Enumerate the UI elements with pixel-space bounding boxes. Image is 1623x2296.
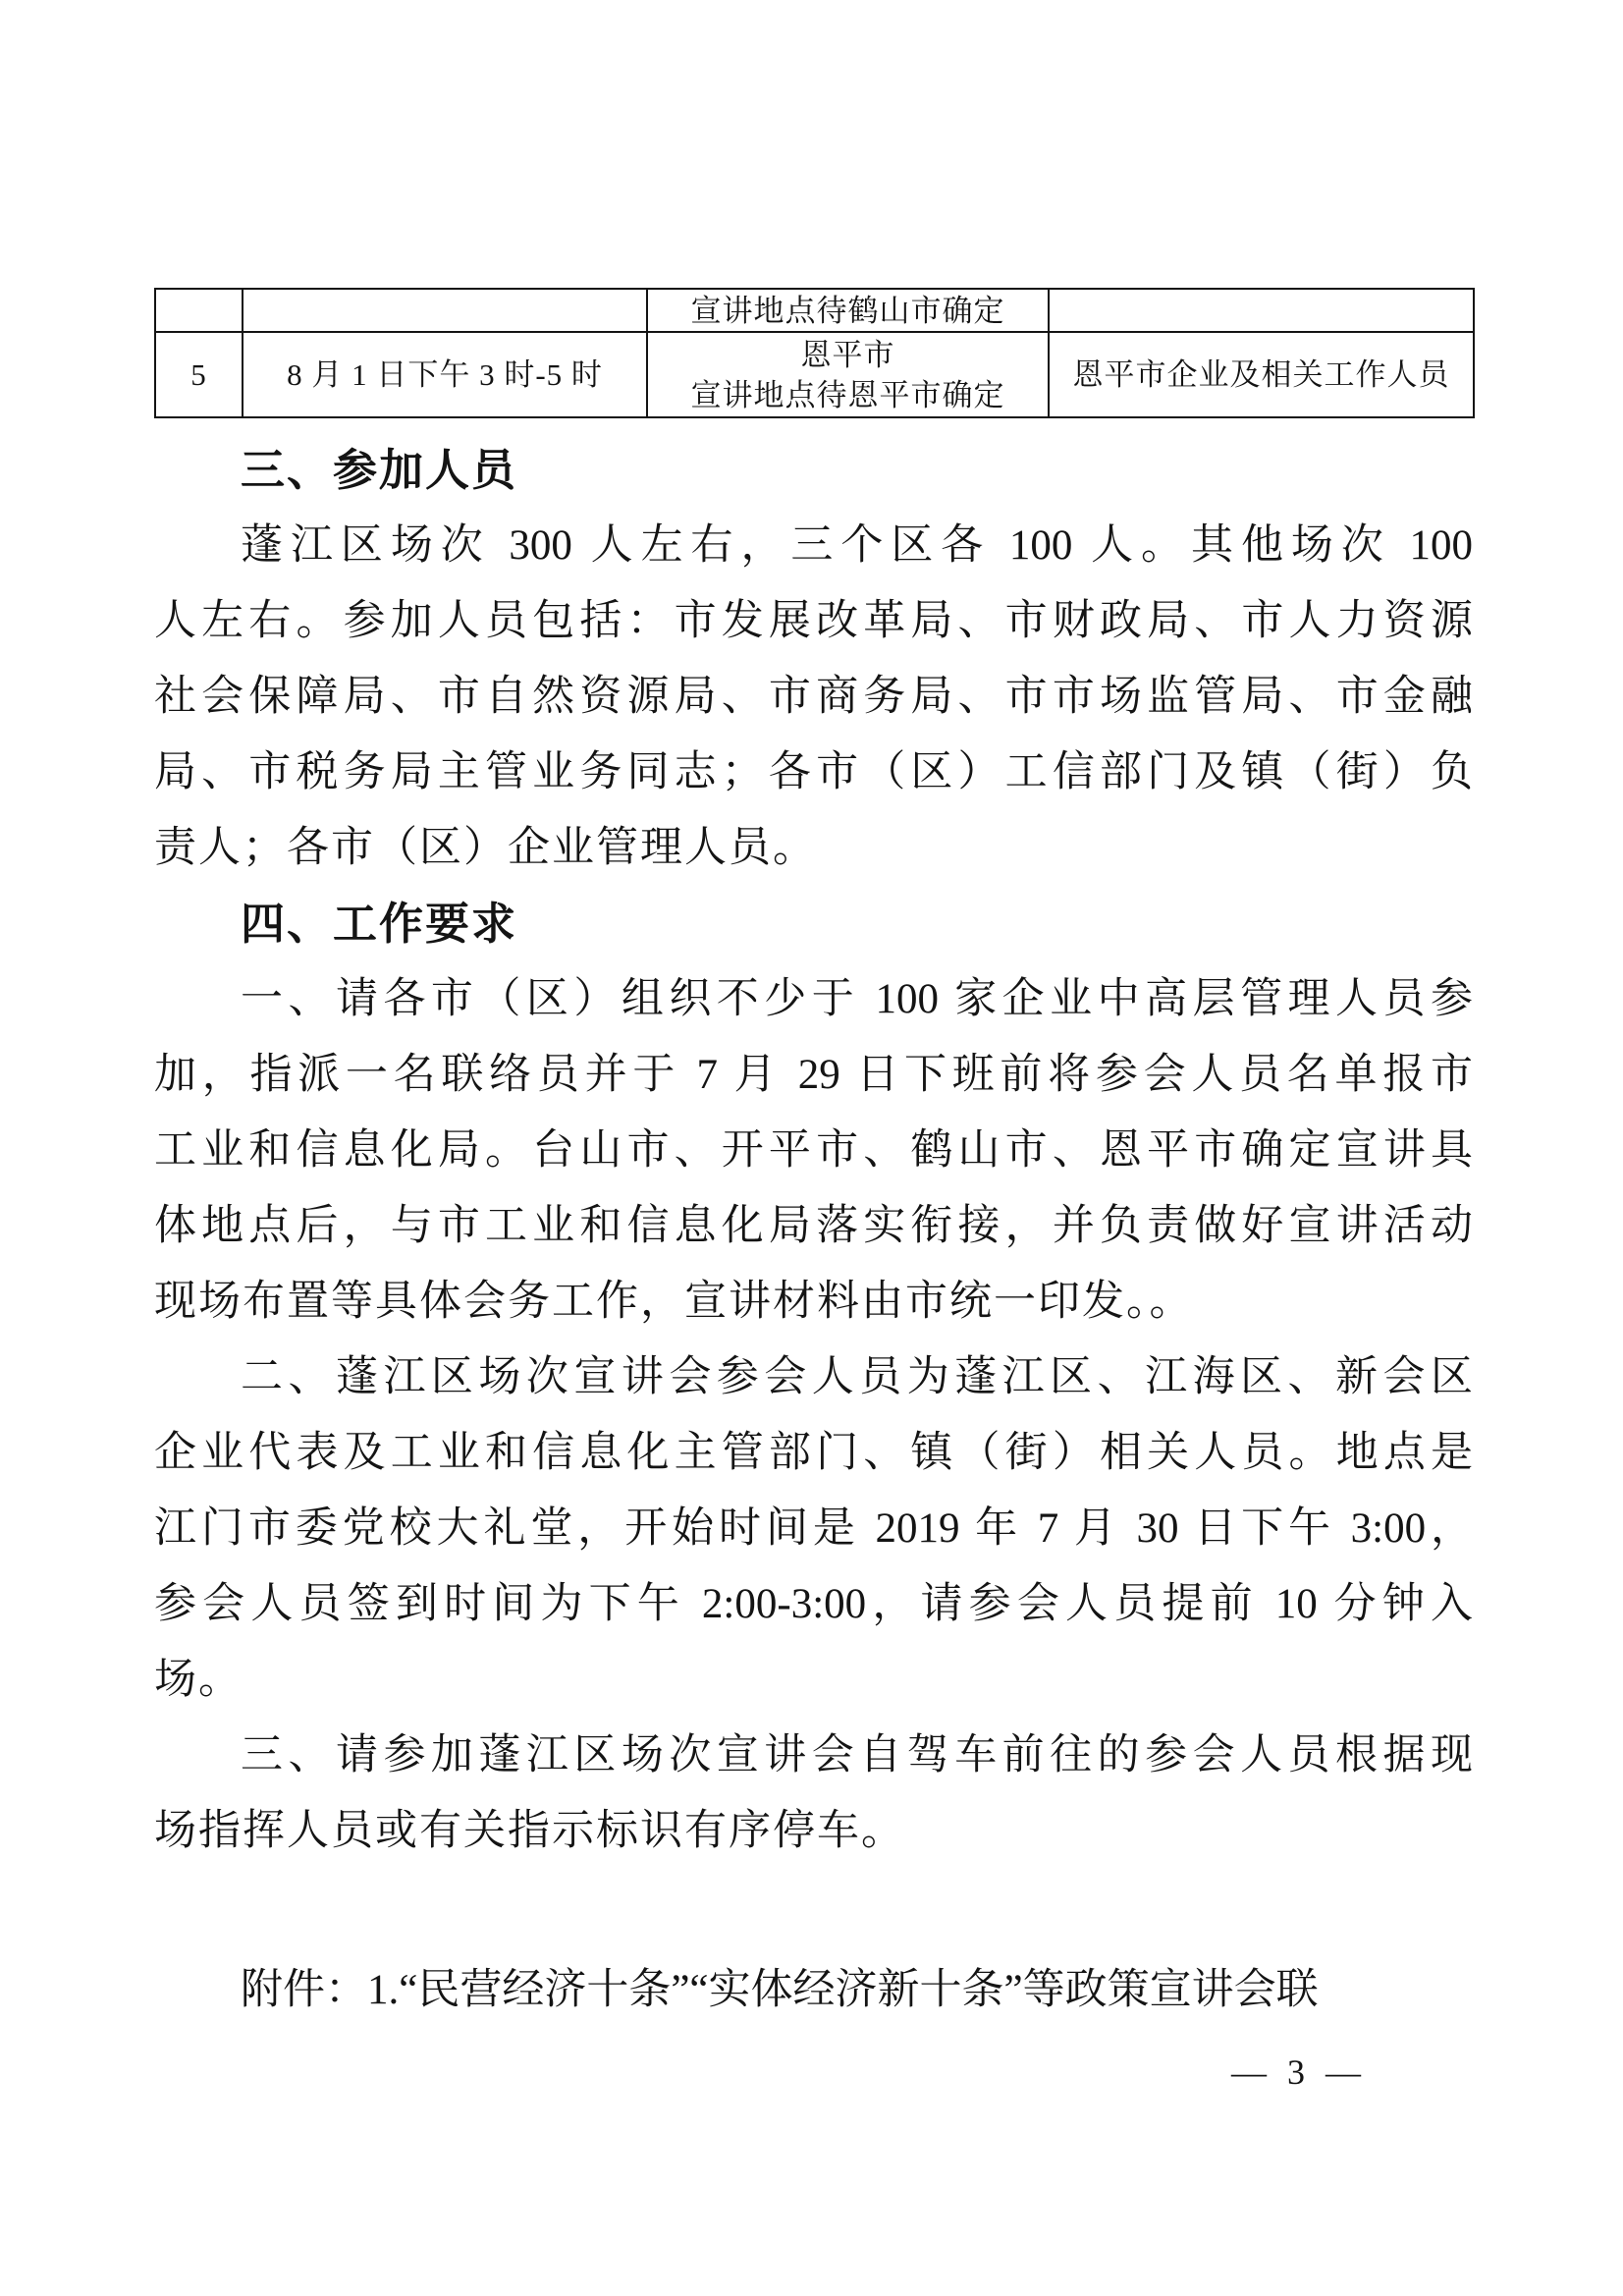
place-line-2: 宣讲地点待恩平市确定 — [648, 375, 1048, 415]
body-line: 现场布置等具体会务工作，宣讲材料由市统一印发。。 — [154, 1264, 1473, 1339]
body-line: 社会保障局、市自然资源局、市商务局、市市场监管局、市金融 — [154, 659, 1473, 735]
place-line-1: 恩平市 — [648, 335, 1048, 375]
body-line: 人左右。参加人员包括：市发展改革局、市财政局、市人力资源 — [154, 583, 1473, 659]
document-body: 三、参加人员 蓬江区场次 300 人左右，三个区各 100 人。其他场次 100… — [154, 432, 1473, 2028]
document-page: 宣讲地点待鹤山市确定 5 8 月 1 日下午 3 时-5 时 恩平市 宣讲地点待… — [0, 0, 1623, 2296]
blank-gap — [154, 1869, 1473, 1952]
body-line: 三、请参加蓬江区场次宣讲会自驾车前往的参会人员根据现 — [154, 1718, 1473, 1793]
section-heading-4: 四、工作要求 — [154, 886, 1473, 961]
cell-index — [155, 289, 243, 332]
body-line: 二、蓬江区场次宣讲会参会人员为蓬江区、江海区、新会区 — [154, 1339, 1473, 1415]
body-line: 责人；各市（区）企业管理人员。 — [154, 810, 1473, 886]
cell-attendees — [1049, 289, 1474, 332]
body-line: 蓬江区场次 300 人左右，三个区各 100 人。其他场次 100 — [154, 508, 1473, 583]
cell-place: 恩平市 宣讲地点待恩平市确定 — [647, 332, 1049, 417]
cell-place: 宣讲地点待鹤山市确定 — [647, 289, 1049, 332]
schedule-table: 宣讲地点待鹤山市确定 5 8 月 1 日下午 3 时-5 时 恩平市 宣讲地点待… — [154, 288, 1475, 418]
page-number: — 3 — — [1152, 2050, 1446, 2094]
section-heading-3: 三、参加人员 — [154, 432, 1473, 508]
body-line: 局、市税务局主管业务同志；各市（区）工信部门及镇（街）负 — [154, 735, 1473, 810]
body-line: 工业和信息化局。台山市、开平市、鹤山市、恩平市确定宣讲具 — [154, 1113, 1473, 1188]
cell-time: 8 月 1 日下午 3 时-5 时 — [243, 332, 647, 417]
body-line: 参会人员签到时间为下午 2:00-3:00，请参会人员提前 10 分钟入 — [154, 1566, 1473, 1642]
body-line: 场。 — [154, 1642, 1473, 1718]
body-line: 场指挥人员或有关指示标识有序停车。 — [154, 1793, 1473, 1869]
cell-attendees: 恩平市企业及相关工作人员 — [1049, 332, 1474, 417]
body-line: 企业代表及工业和信息化主管部门、镇（街）相关人员。地点是 — [154, 1415, 1473, 1491]
table-row-partial: 宣讲地点待鹤山市确定 — [155, 289, 1474, 332]
attachment-line: 附件：1.“民营经济十条”“实体经济新十条”等政策宣讲会联 — [154, 1952, 1473, 2028]
body-line: 江门市委党校大礼堂，开始时间是 2019 年 7 月 30 日下午 3:00， — [154, 1491, 1473, 1566]
cell-time — [243, 289, 647, 332]
cell-index: 5 — [155, 332, 243, 417]
body-line: 一、请各市（区）组织不少于 100 家企业中高层管理人员参 — [154, 961, 1473, 1037]
body-line: 加，指派一名联络员并于 7 月 29 日下班前将参会人员名单报市 — [154, 1037, 1473, 1113]
table-row-5: 5 8 月 1 日下午 3 时-5 时 恩平市 宣讲地点待恩平市确定 恩平市企业… — [155, 332, 1474, 417]
body-line: 体地点后，与市工业和信息化局落实衔接，并负责做好宣讲活动 — [154, 1188, 1473, 1264]
